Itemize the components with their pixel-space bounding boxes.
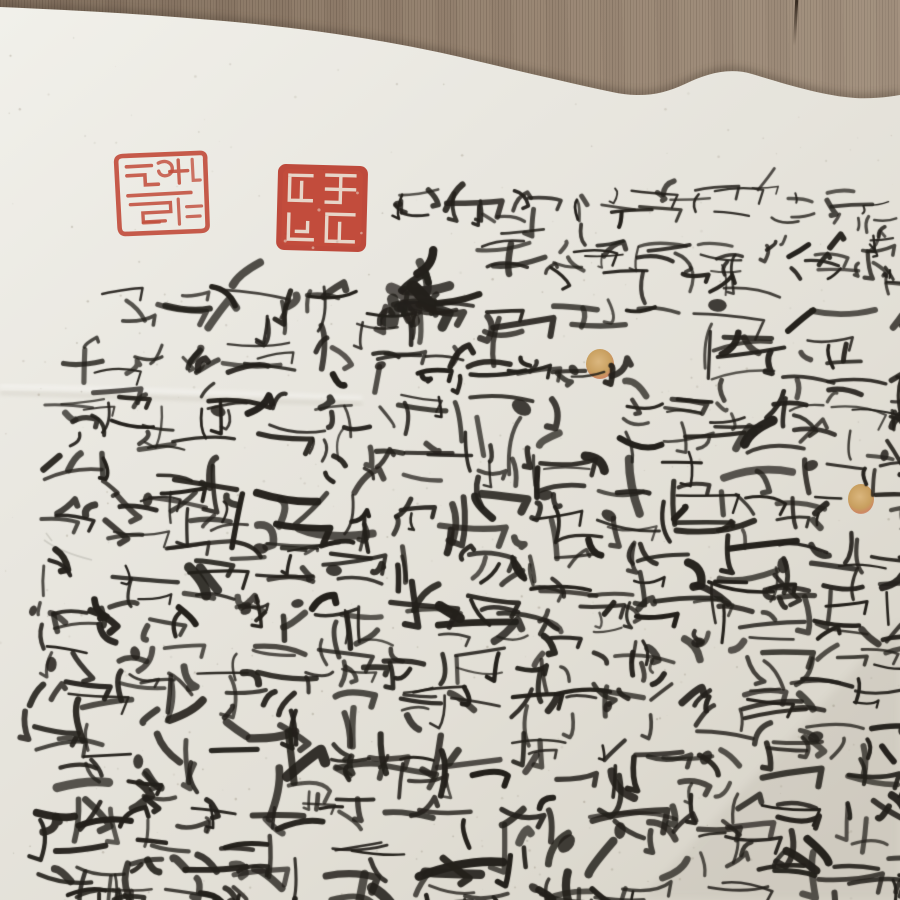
calligraphy-ink-layer (0, 0, 900, 900)
photo-of-calligraphy-manuscript (0, 0, 900, 900)
